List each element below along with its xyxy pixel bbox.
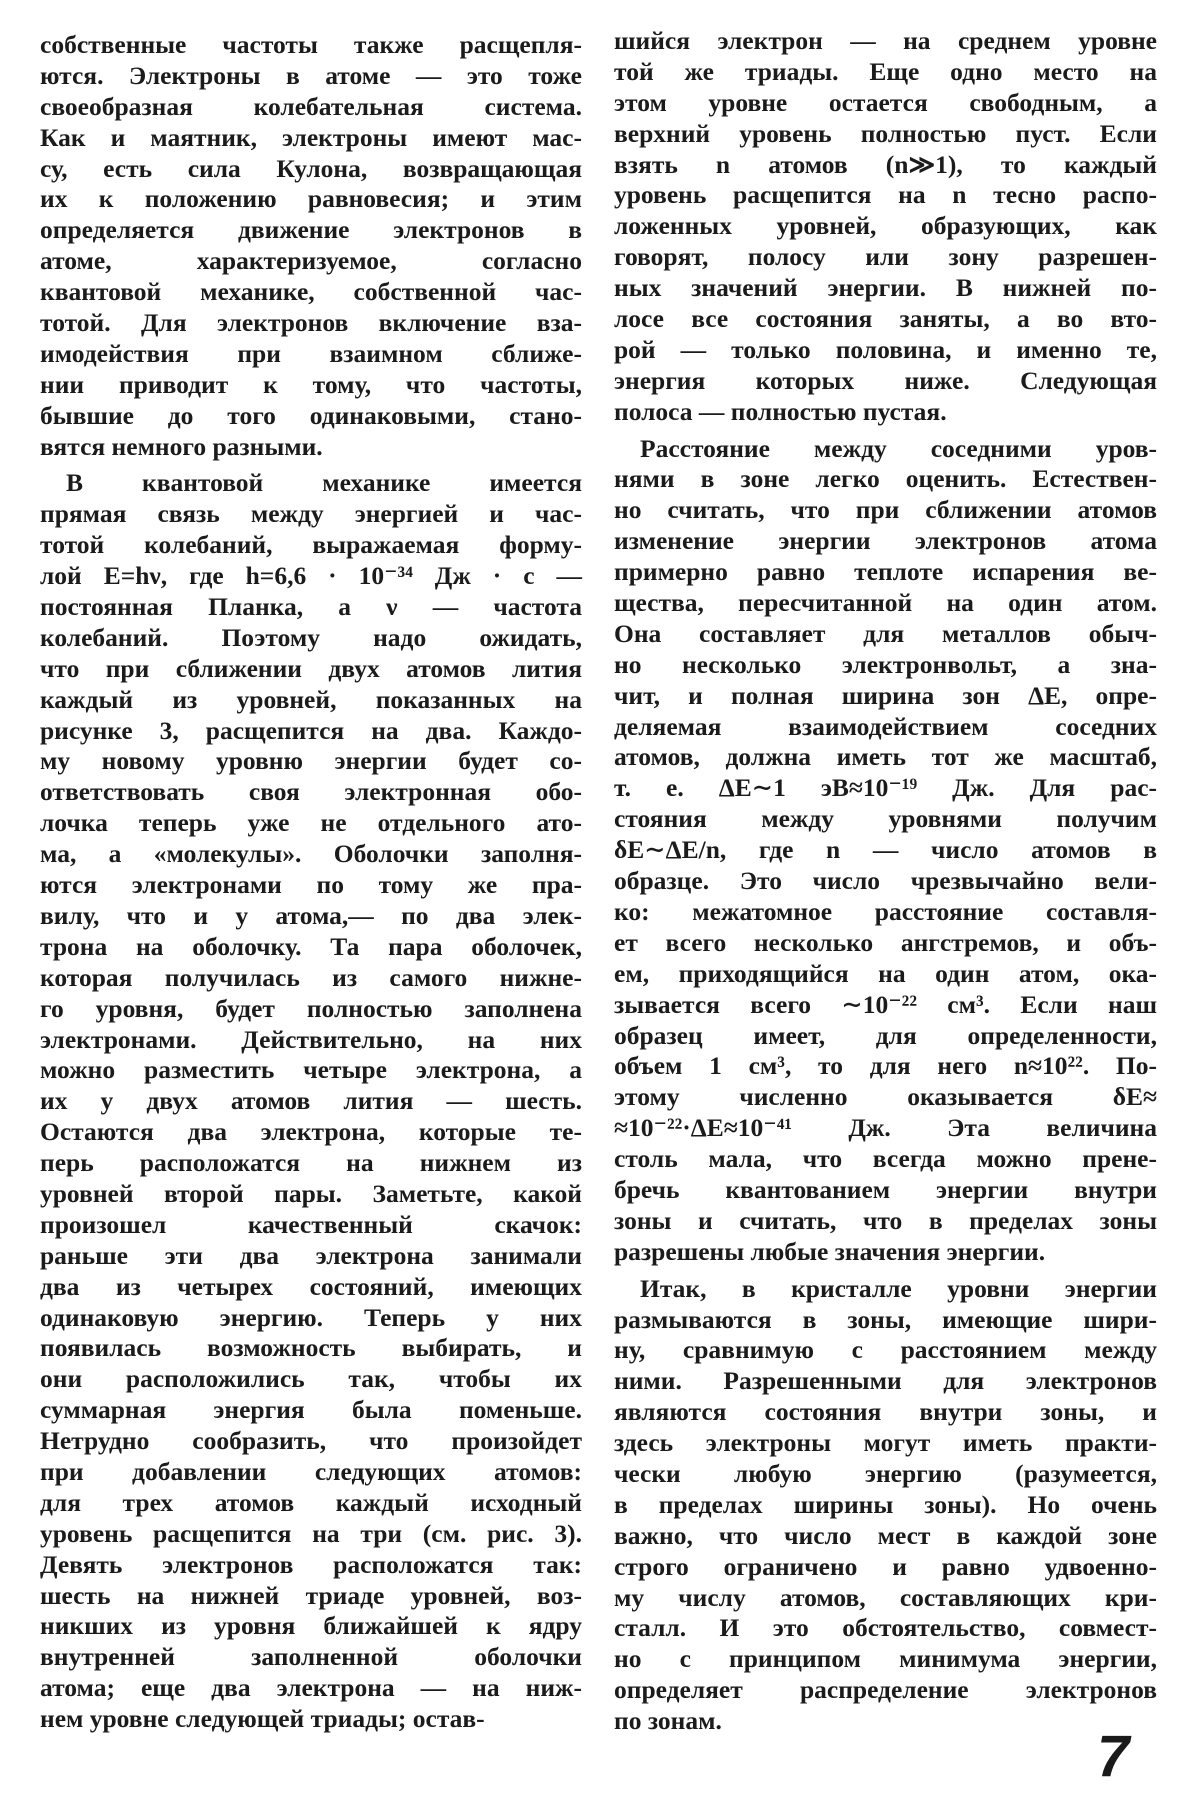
text-line: примерно равно теплоте испарения ве- — [614, 557, 1157, 588]
text-line: трона на оболочку. Та пара оболочек, — [40, 932, 582, 963]
text-line: размываются в зоны, имеющие шири- — [614, 1305, 1157, 1336]
text-line: ных значений энергии. В нижней по- — [614, 273, 1157, 304]
text-line: ются. Электроны в атоме — это тоже — [40, 61, 582, 92]
text-line: по зонам. — [614, 1706, 1157, 1737]
text-line: перь расположатся на нижнем из — [40, 1148, 582, 1179]
text-line: здесь электроны могут иметь практи- — [614, 1428, 1157, 1459]
text-line: постоянная Планка, а ν — частота — [40, 592, 582, 623]
text-line: Расстояние между соседними уров- — [614, 434, 1157, 465]
text-line: прямая связь между энергией и час- — [40, 499, 582, 530]
text-line: суммарная энергия была поменьше. — [40, 1395, 582, 1426]
text-line: го уровня, будет полностью заполнена — [40, 994, 582, 1025]
text-line: бывшие до того одинаковыми, стано- — [40, 401, 582, 432]
text-line: взять n атомов (n≫1), то каждый — [614, 150, 1157, 181]
text-line: шийся электрон — на среднем уровне — [614, 26, 1157, 57]
text-line: чески любую энергию (разумеется, — [614, 1459, 1157, 1490]
text-line: колебаний. Поэтому надо ожидать, — [40, 623, 582, 654]
text-line: но несколько электронвольт, а зна- — [614, 650, 1157, 681]
text-line: щества, пересчитанной на один атом. — [614, 588, 1157, 619]
text-line: Остаются два электрона, которые те- — [40, 1117, 582, 1148]
text-line: они расположились так, чтобы их — [40, 1364, 582, 1395]
text-line: разрешены любые значения энергии. — [614, 1237, 1157, 1268]
text-line: δE∼ΔE/n, где n — число атомов в — [614, 835, 1157, 866]
text-line: лосе все состояния заняты, а во вто- — [614, 304, 1157, 335]
text-line: ложенных уровней, образующих, как — [614, 211, 1157, 242]
text-line: ко: межатомное расстояние составля- — [614, 897, 1157, 928]
text-line: той же триады. Еще одно место на — [614, 57, 1157, 88]
text-line: произошел качественный скачок: — [40, 1210, 582, 1241]
text-line: можно разместить четыре электрона, а — [40, 1055, 582, 1086]
paragraph: шийся электрон — на среднем уровнетой же… — [614, 26, 1157, 428]
text-line: собственные частоты также расщепля- — [40, 30, 582, 61]
text-line: в пределах ширины зоны). Но очень — [614, 1490, 1157, 1521]
text-line: говорят, полосу или зону разрешен- — [614, 242, 1157, 273]
text-line: одинаковую энергию. Теперь у них — [40, 1303, 582, 1334]
text-line: тотой. Для электронов включение вза- — [40, 308, 582, 339]
text-line: электронами. Действительно, на них — [40, 1025, 582, 1056]
text-line: но считать, что при сближении атомов — [614, 495, 1157, 526]
text-line: лочка теперь уже не отдельного ато- — [40, 808, 582, 839]
text-line: ются электронами по тому же пра- — [40, 870, 582, 901]
text-line: т. е. ΔE∼1 эВ≈10⁻¹⁹ Дж. Для рас- — [614, 773, 1157, 804]
text-line: Нетрудно сообразить, что произойдет — [40, 1426, 582, 1457]
text-line: ними. Разрешенными для электронов — [614, 1366, 1157, 1397]
right-text-column: шийся электрон — на среднем уровнетой же… — [614, 26, 1157, 1737]
text-line: атомов, должна иметь тот же масштаб, — [614, 742, 1157, 773]
text-line: полоса — полностью пустая. — [614, 397, 1157, 428]
paragraph: В квантовой механике имеетсяпрямая связь… — [40, 468, 582, 1735]
text-line: Итак, в кристалле уровни энергии — [614, 1274, 1157, 1305]
text-line: при добавлении следующих атомов: — [40, 1457, 582, 1488]
text-line: му числу атомов, составляющих кри- — [614, 1583, 1157, 1614]
text-line: вилу, что и у атома,— по два элек- — [40, 901, 582, 932]
text-line: В квантовой механике имеется — [40, 468, 582, 499]
text-line: Девять электронов расположатся так: — [40, 1550, 582, 1581]
page-number: 7 — [1097, 1728, 1129, 1786]
text-line: являются состояния внутри зоны, и — [614, 1397, 1157, 1428]
text-line: верхний уровень полностью пуст. Если — [614, 119, 1157, 150]
paragraph: Итак, в кристалле уровни энергииразмываю… — [614, 1274, 1157, 1737]
text-line: появилась возможность выбирать, и — [40, 1333, 582, 1364]
text-line: имодействия при взаимном сближе- — [40, 339, 582, 370]
text-line: но с принципом минимума энергии, — [614, 1644, 1157, 1675]
text-line: ≈10⁻²²·ΔE≈10⁻⁴¹ Дж. Эта величина — [614, 1113, 1157, 1144]
text-line: изменение энергии электронов атома — [614, 526, 1157, 557]
text-line: своеобразная колебательная система. — [40, 92, 582, 123]
text-line: этом уровне остается свободным, а — [614, 88, 1157, 119]
text-line: стояния между уровнями получим — [614, 804, 1157, 835]
text-line: образце. Это число чрезвычайно вели- — [614, 866, 1157, 897]
text-line: нии приводит к тому, что частоты, — [40, 370, 582, 401]
text-line: шесть на нижней триаде уровней, воз- — [40, 1581, 582, 1612]
paragraph: собственные частоты также расщепля-ются.… — [40, 30, 582, 462]
text-line: определяет распределение электронов — [614, 1675, 1157, 1706]
text-line: столь мала, что всегда можно прене- — [614, 1144, 1157, 1175]
text-line: два из четырех состояний, имеющих — [40, 1272, 582, 1303]
text-line: су, есть сила Кулона, возвращающая — [40, 154, 582, 185]
text-line: для трех атомов каждый исходный — [40, 1488, 582, 1519]
text-line: определяется движение электронов в — [40, 215, 582, 246]
text-line: уровень расщепится на n тесно распо- — [614, 180, 1157, 211]
text-line: каждый из уровней, показанных на — [40, 685, 582, 716]
text-line: что при сближении двух атомов лития — [40, 654, 582, 685]
text-line: ну, сравнимую с расстоянием между — [614, 1335, 1157, 1366]
text-line: энергия которых ниже. Следующая — [614, 366, 1157, 397]
text-line: бречь квантованием энергии внутри — [614, 1175, 1157, 1206]
text-line: тотой колебаний, выражаемая форму- — [40, 530, 582, 561]
text-line: вятся немного разными. — [40, 432, 582, 463]
text-line: внутренней заполненной оболочки — [40, 1642, 582, 1673]
text-line: уровней второй пары. Заметьте, какой — [40, 1179, 582, 1210]
text-line: сталл. И это обстоятельство, совмест- — [614, 1613, 1157, 1644]
text-line: Она составляет для металлов обыч- — [614, 619, 1157, 650]
text-line: которая получилась из самого нижне- — [40, 963, 582, 994]
text-line: образец имеет, для определенности, — [614, 1021, 1157, 1052]
text-line: их у двух атомов лития — шесть. — [40, 1086, 582, 1117]
paragraph: Расстояние между соседними уров-нями в з… — [614, 434, 1157, 1268]
text-line: их к положению равновесия; и этим — [40, 184, 582, 215]
text-line: му новому уровню энергии будет со- — [40, 746, 582, 777]
text-line: рой — только половина, и именно те, — [614, 335, 1157, 366]
text-line: ма, а «молекулы». Оболочки заполня- — [40, 839, 582, 870]
text-line: объем 1 см³, то для него n≈10²². По- — [614, 1051, 1157, 1082]
text-line: рисунке 3, расщепится на два. Каждо- — [40, 716, 582, 747]
text-line: никших из уровня ближайшей к ядру — [40, 1611, 582, 1642]
text-line: ет всего несколько ангстремов, и объ- — [614, 928, 1157, 959]
text-line: нями в зоне легко оценить. Естествен- — [614, 464, 1157, 495]
text-line: этому численно оказывается δE≈ — [614, 1082, 1157, 1113]
left-text-column: собственные частоты также расщепля-ются.… — [40, 30, 582, 1735]
text-line: строго ограничено и равно удвоенно- — [614, 1552, 1157, 1583]
text-line: зывается всего ∼10⁻²² см³. Если наш — [614, 990, 1157, 1021]
text-line: ем, приходящийся на один атом, ока- — [614, 959, 1157, 990]
text-line: зоны и считать, что в пределах зоны — [614, 1206, 1157, 1237]
text-line: важно, что число мест в каждой зоне — [614, 1521, 1157, 1552]
text-line: атоме, характеризуемое, согласно — [40, 246, 582, 277]
text-line: деляемая взаимодействием соседних — [614, 712, 1157, 743]
text-line: уровень расщепится на три (см. рис. 3). — [40, 1519, 582, 1550]
text-line: чит, и полная ширина зон ΔE, опре- — [614, 681, 1157, 712]
text-line: лой E=hν, где h=6,6 · 10⁻³⁴ Дж · с — — [40, 561, 582, 592]
text-line: ответствовать своя электронная обо- — [40, 777, 582, 808]
text-line: Как и маятник, электроны имеют мас- — [40, 123, 582, 154]
text-line: раньше эти два электрона занимали — [40, 1241, 582, 1272]
text-line: нем уровне следующей триады; остав- — [40, 1704, 582, 1735]
text-line: атома; еще два электрона — на ниж- — [40, 1673, 582, 1704]
text-line: квантовой механике, собственной час- — [40, 277, 582, 308]
